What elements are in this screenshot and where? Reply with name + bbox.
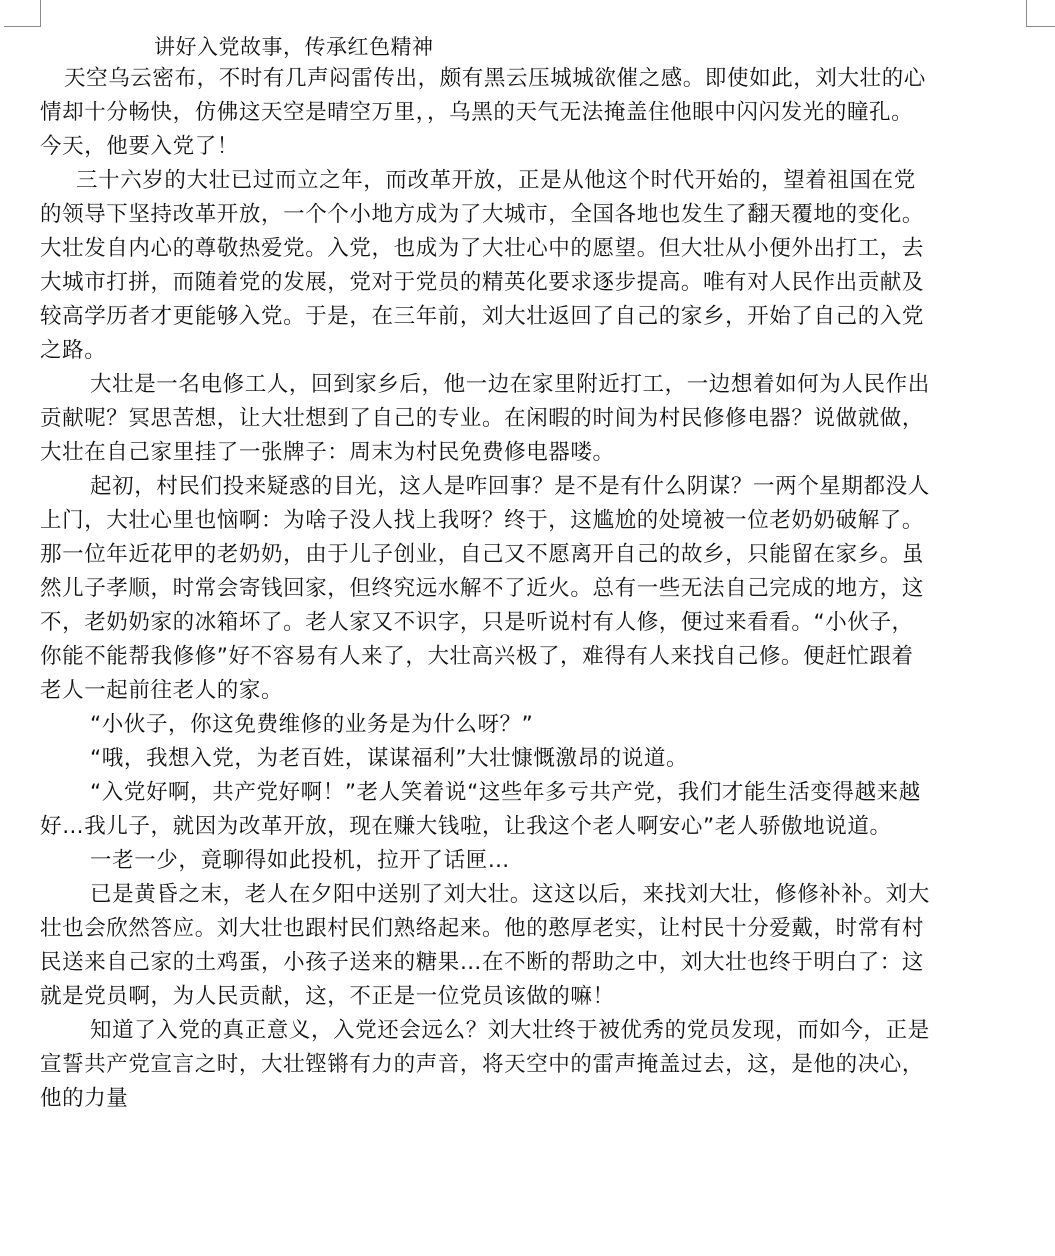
text-line: 宣誓共产党宣言之时，大壮铿锵有力的声音，将天空中的雷声掩盖过去，这，是他的决心， (40, 1048, 924, 1082)
text-line: 起初，村民们投来疑惑的目光，这人是咋回事？是不是有什么阴谋？一两个星期都没人 (90, 470, 930, 504)
text-line: 他的力量 (40, 1082, 128, 1116)
text-line: 好…我儿子，就因为改革开放，现在赚大钱啦，让我这个老人啊安心”老人骄傲地说道。 (40, 810, 892, 844)
text-line: 之路。 (40, 334, 106, 368)
text-line: 大壮是一名电修工人，回到家乡后，他一边在家里附近打工，一边想着如何为人民作出 (90, 368, 930, 402)
text-line: 那一位年近花甲的老奶奶，由于儿子创业，自己又不愿离开自己的故乡，只能留在家乡。虽 (40, 538, 924, 572)
text-line: 天空乌云密布，不时有几声闷雷传出，颇有黑云压城城欲催之感。即使如此，刘大壮的心 (64, 62, 926, 96)
text-line: 不，老奶奶家的冰箱坏了。老人家又不识字，只是听说村有人修，便过来看看。“小伙子， (40, 606, 914, 640)
document-page: 讲好入党故事，传承红色精神 天空乌云密布，不时有几声闷雷传出，颇有黑云压城城欲催… (0, 0, 1055, 1256)
text-line: 壮也会欣然答应。刘大壮也跟村民们熟络起来。他的憨厚老实，让村民十分爱戴，时常有村 (40, 912, 924, 946)
text-line: 大壮在自己家里挂了一张牌子：周末为村民免费修电器喽。 (40, 436, 615, 470)
text-line: 就是党员啊，为人民贡献，这，不正是一位党员该做的嘛！ (40, 980, 615, 1014)
text-line: 较高学历者才更能够入党。于是，在三年前，刘大壮返回了自己的家乡，开始了自己的入党 (40, 300, 924, 334)
text-line: 今天，他要入党了！ (40, 130, 239, 164)
text-line: “入党好啊，共产党好啊！”老人笑着说“这些年多亏共产党，我们才能生活变得越来越 (90, 776, 921, 810)
text-line: 贡献呢？冥思苦想，让大壮想到了自己的专业。在闲暇的时间为村民修修电器？说做就做， (40, 402, 924, 436)
text-line: “哦，我想入党，为老百姓，谋谋福利”大壮慷慨激昂的说道。 (90, 742, 688, 776)
crop-mark-top-left-icon (4, 0, 41, 27)
text-line: 老人一起前往老人的家。 (40, 674, 283, 708)
text-line: 民送来自己家的土鸡蛋，小孩子送来的糖果…在不断的帮助之中，刘大壮也终于明白了：这 (40, 946, 924, 980)
text-line: 三十六岁的大壮已过而立之年，而改革开放，正是从他这个时代开始的，望着祖国在党 (76, 164, 916, 198)
text-line: 然儿子孝顺，时常会寄钱回家，但终究远水解不了近火。总有一些无法自己完成的地方，这 (40, 572, 924, 606)
text-line: 大城市打拼，而随着党的发展，党对于党员的精英化要求逐步提高。唯有对人民作出贡献及 (40, 266, 924, 300)
text-line: 上门，大壮心里也恼啊：为啥子没人找上我呀？终于，这尴尬的处境被一位老奶奶破解了。 (40, 504, 924, 538)
text-line: 情却十分畅快，仿佛这天空是晴空万里，，乌黑的天气无法掩盖住他眼中闪闪发光的瞳孔。 (40, 96, 913, 130)
text-line: 一老一少，竟聊得如此投机，拉开了话匣… (90, 844, 510, 878)
text-line: 已是黄昏之末，老人在夕阳中送别了刘大壮。这这以后，来找刘大壮，修修补补。刘大 (90, 878, 930, 912)
text-line: “小伙子，你这免费维修的业务是为什么呀？” (90, 708, 533, 742)
text-line: 你能不能帮我修修”好不容易有人来了，大壮高兴极了，难得有人来找自己修。便赶忙跟着 (40, 640, 914, 674)
text-line: 的领导下坚持改革开放，一个个小地方成为了大城市，全国各地也发生了翻天覆地的变化。 (40, 198, 924, 232)
text-line: 大壮发自内心的尊敬热爱党。入党，也成为了大壮心中的愿望。但大壮从小便外出打工，去 (40, 232, 924, 266)
text-line: 知道了入党的真正意义，入党还会远么？刘大壮终于被优秀的党员发现，而如今，正是 (90, 1014, 930, 1048)
document-title: 讲好入党故事，传承红色精神 (154, 32, 434, 62)
crop-mark-top-right-icon (1026, 0, 1055, 27)
